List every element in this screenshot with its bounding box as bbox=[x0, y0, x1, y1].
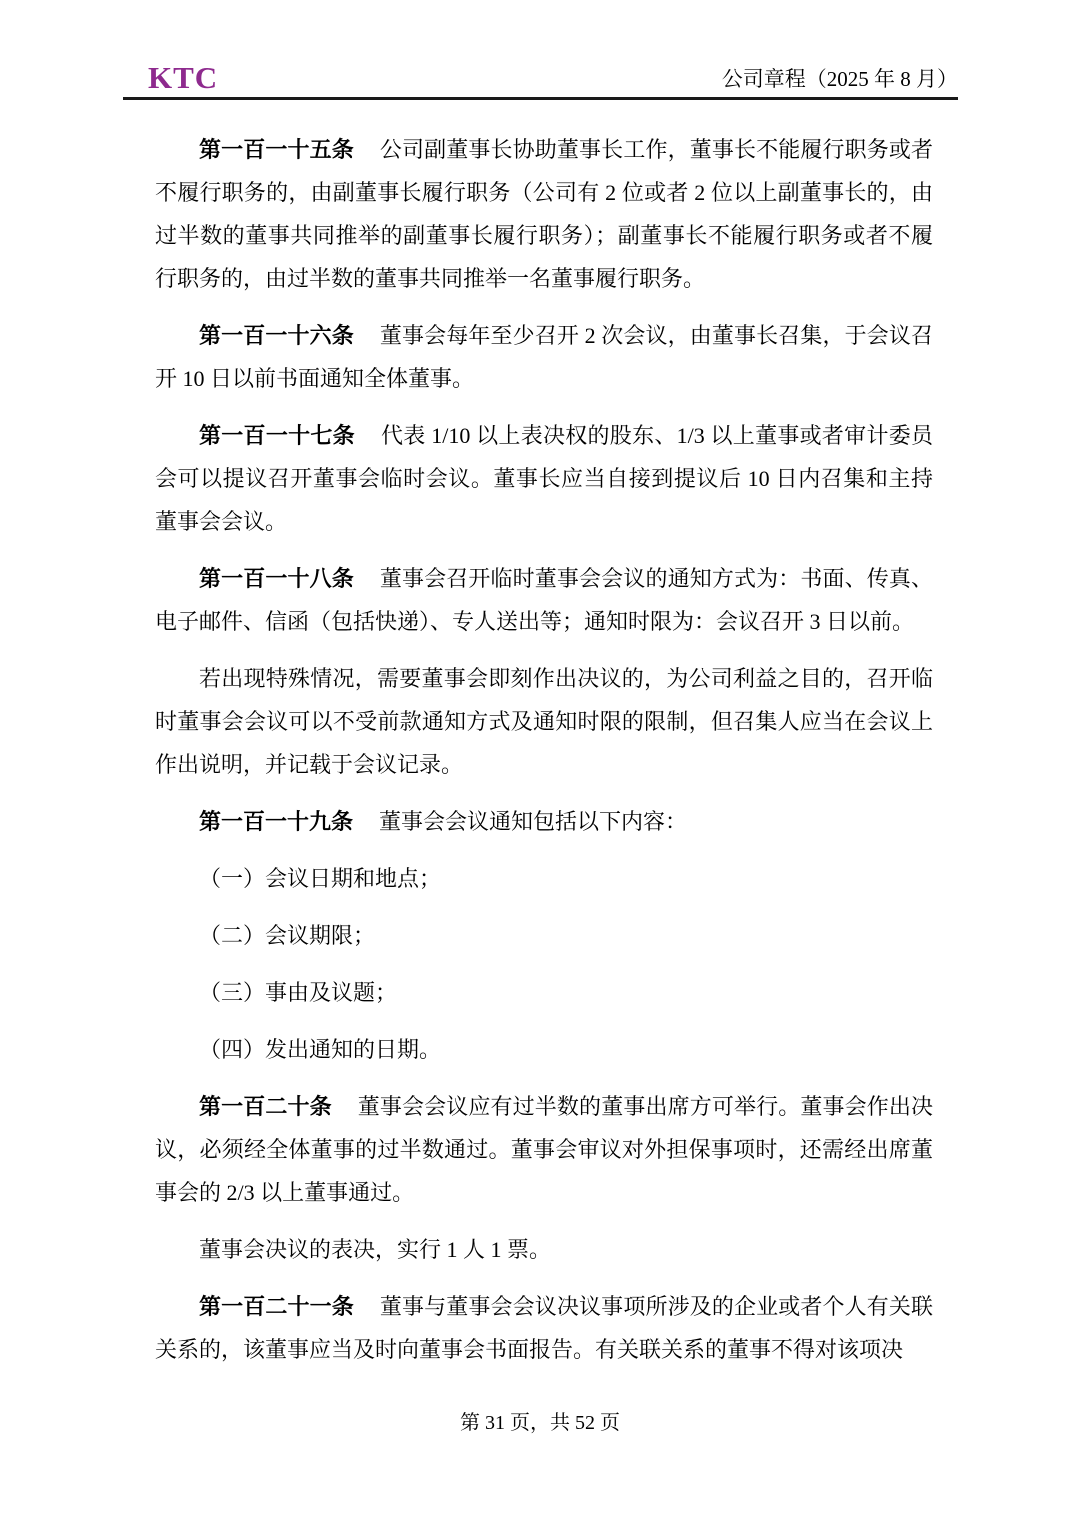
paragraph-article-119: 第一百一十九条董事会会议通知包括以下内容： bbox=[155, 800, 933, 843]
article-119-text: 董事会会议通知包括以下内容： bbox=[379, 809, 687, 834]
paragraph-article-121: 第一百二十一条董事与董事会会议决议事项所涉及的企业或者个人有关联关系的，该董事应… bbox=[155, 1285, 933, 1371]
page-footer: 第 31 页，共 52 页 bbox=[0, 1408, 1080, 1438]
article-120-number: 第一百二十条 bbox=[199, 1094, 332, 1119]
notice-item-1: （一）会议日期和地点； bbox=[155, 857, 933, 900]
document-page: KTC 公司章程（2025 年 8 月） 第一百一十五条公司副董事长协助董事长工… bbox=[0, 0, 1080, 1527]
notice-item-3: （三）事由及议题； bbox=[155, 971, 933, 1014]
document-title: 公司章程（2025 年 8 月） bbox=[722, 64, 958, 94]
paragraph-article-115: 第一百一十五条公司副董事长协助董事长工作，董事长不能履行职务或者不履行职务的，由… bbox=[155, 128, 933, 300]
notice-item-4: （四）发出通知的日期。 bbox=[155, 1028, 933, 1071]
article-115-number: 第一百一十五条 bbox=[199, 137, 354, 162]
special-case-text: 若出现特殊情况，需要董事会即刻作出决议的，为公司利益之目的，召开临时董事会会议可… bbox=[155, 666, 933, 777]
voting-rule-text: 董事会决议的表决，实行 1 人 1 票。 bbox=[199, 1237, 551, 1262]
notice-item-2: （二）会议期限； bbox=[155, 914, 933, 957]
paragraph-article-120: 第一百二十条董事会会议应有过半数的董事出席方可举行。董事会作出决议，必须经全体董… bbox=[155, 1085, 933, 1214]
notice-item-3-text: （三）事由及议题； bbox=[199, 980, 397, 1005]
paragraph-voting-rule: 董事会决议的表决，实行 1 人 1 票。 bbox=[155, 1228, 933, 1271]
article-119-number: 第一百一十九条 bbox=[199, 809, 353, 834]
paragraph-article-118: 第一百一十八条董事会召开临时董事会会议的通知方式为：书面、传真、电子邮件、信函（… bbox=[155, 557, 933, 643]
paragraph-special-case: 若出现特殊情况，需要董事会即刻作出决议的，为公司利益之目的，召开临时董事会会议可… bbox=[155, 657, 933, 786]
paragraph-article-117: 第一百一十七条代表 1/10 以上表决权的股东、1/3 以上董事或者审计委员会可… bbox=[155, 414, 933, 543]
article-117-number: 第一百一十七条 bbox=[199, 423, 355, 448]
notice-item-2-text: （二）会议期限； bbox=[199, 923, 375, 948]
article-121-number: 第一百二十一条 bbox=[199, 1294, 354, 1319]
article-118-number: 第一百一十八条 bbox=[199, 566, 354, 591]
page-header: KTC 公司章程（2025 年 8 月） bbox=[123, 62, 958, 100]
paragraph-article-116: 第一百一十六条董事会每年至少召开 2 次会议，由董事长召集，于会议召开 10 日… bbox=[155, 314, 933, 400]
notice-item-4-text: （四）发出通知的日期。 bbox=[199, 1037, 441, 1062]
notice-item-1-text: （一）会议日期和地点； bbox=[199, 866, 441, 891]
page-number-indicator: 第 31 页，共 52 页 bbox=[460, 1412, 620, 1434]
article-116-number: 第一百一十六条 bbox=[199, 323, 354, 348]
ktc-logo: KTC bbox=[148, 62, 218, 94]
document-body: 第一百一十五条公司副董事长协助董事长工作，董事长不能履行职务或者不履行职务的，由… bbox=[155, 128, 933, 1385]
